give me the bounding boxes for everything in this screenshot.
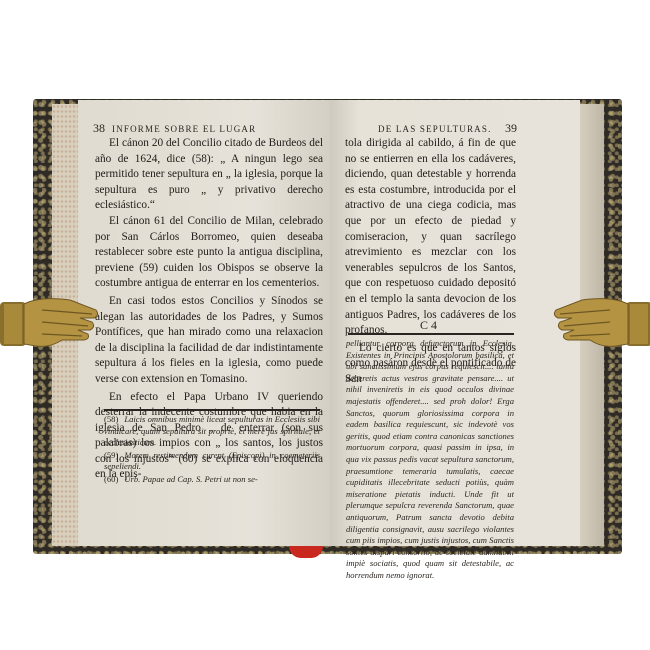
- right-footnote-rule: [348, 333, 514, 335]
- left-page-number: 38: [93, 121, 105, 136]
- right-page-number: 39: [505, 121, 517, 136]
- right-paragraph: tola dirigida al cabildo, á fin de que n…: [345, 136, 516, 339]
- footnote-58: (58)Laicis omnibus minimè liceat sepultu…: [104, 414, 320, 449]
- brass-hand-clip-left-icon: [0, 288, 100, 356]
- right-footnote-continuation: pelliantur corpora defunctorum in Eccles…: [346, 338, 514, 582]
- left-running-head: INFORME SOBRE EL LUGAR: [112, 124, 256, 134]
- right-running-head: DE LAS SEPULTURAS.: [378, 124, 492, 134]
- left-footnote-rule: [104, 409, 320, 411]
- left-footnotes: (58)Laicis omnibus minimè liceat sepultu…: [104, 414, 320, 487]
- brass-hand-clip-right-icon: [552, 288, 650, 356]
- bookmark-ribbon: [289, 546, 323, 558]
- left-paragraph: En casi todos estos Concilios y Sínodos …: [95, 294, 323, 388]
- footnote-59: (59)Morem restituendum curent (Episcopi)…: [104, 450, 320, 473]
- left-paragraph: El cánon 20 del Concilio citado de Burde…: [95, 136, 323, 214]
- footnote-60: (60)Urb. Papae ad Cap. S. Petri ut non s…: [104, 474, 320, 486]
- left-paragraph: El cánon 61 del Concilio de Milan, celeb…: [95, 214, 323, 292]
- signature-mark: C 4: [420, 318, 437, 333]
